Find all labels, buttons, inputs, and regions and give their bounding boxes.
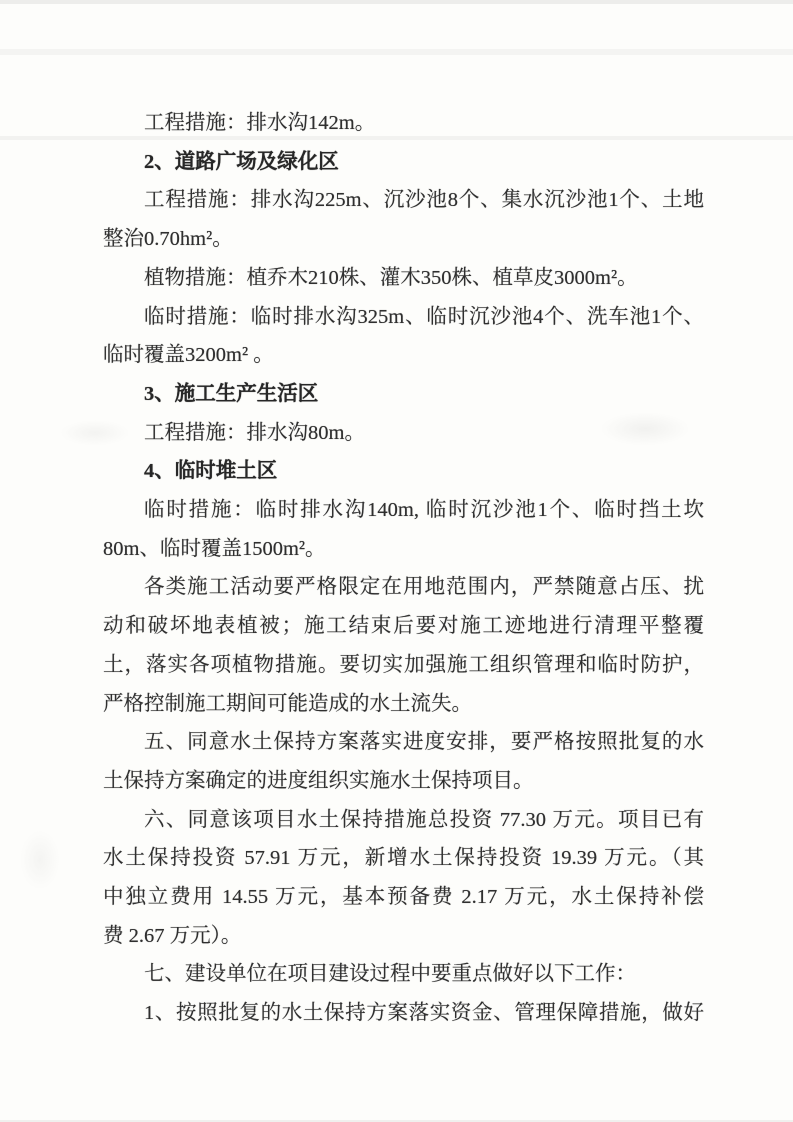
document-line: 水土保持投资 57.91 万元，新增水土保持投资 19.39 万元。（其 (103, 839, 704, 878)
section-heading: 2、道路广场及绿化区 (103, 143, 704, 182)
document-page: 工程措施：排水沟142m。 2、道路广场及绿化区 工程措施：排水沟225m、沉沙… (0, 0, 793, 1122)
document-line: 中独立费用 14.55 万元，基本预备费 2.17 万元，水土保持补偿 (103, 878, 704, 917)
document-line: 严格控制施工期间可能造成的水土流失。 (103, 685, 704, 724)
document-line: 动和破坏地表植被；施工结束后要对施工迹地进行清理平整覆 (103, 607, 704, 646)
document-line: 费 2.67 万元）。 (103, 917, 704, 956)
document-line: 六、同意该项目水土保持措施总投资 77.30 万元。项目已有 (103, 801, 704, 840)
document-line: 植物措施：植乔木210株、灌木350株、植草皮3000m²。 (103, 259, 704, 298)
document-line: 临时覆盖3200m² 。 (103, 336, 704, 375)
section-heading: 3、施工生产生活区 (103, 375, 704, 414)
scan-artifact-top-band (0, 0, 793, 4)
section-heading: 4、临时堆土区 (103, 452, 704, 491)
document-line: 1、按照批复的水土保持方案落实资金、管理保障措施，做好 (103, 994, 704, 1033)
document-line: 各类施工活动要严格限定在用地范围内，严禁随意占压、扰 (103, 568, 704, 607)
document-line: 整治0.70hm²。 (103, 220, 704, 259)
document-line: 土保持方案确定的进度组织实施水土保持项目。 (103, 762, 704, 801)
scan-smudge (20, 830, 60, 890)
scan-artifact-band (0, 49, 793, 55)
document-line: 工程措施：排水沟142m。 (103, 104, 704, 143)
document-line: 80m、临时覆盖1500m²。 (103, 530, 704, 569)
document-line: 临时措施：临时排水沟140m, 临时沉沙池1个、临时挡土坎 (103, 491, 704, 530)
document-line: 临时措施：临时排水沟325m、临时沉沙池4个、洗车池1个、 (103, 298, 704, 337)
document-line: 五、同意水土保持方案落实进度安排，要严格按照批复的水 (103, 723, 704, 762)
document-line: 七、建设单位在项目建设过程中要重点做好以下工作： (103, 955, 704, 994)
document-line: 工程措施：排水沟80m。 (103, 414, 704, 453)
document-text-block: 工程措施：排水沟142m。 2、道路广场及绿化区 工程措施：排水沟225m、沉沙… (103, 104, 704, 1033)
document-line: 土，落实各项植物措施。要切实加强施工组织管理和临时防护， (103, 646, 704, 685)
document-line: 工程措施：排水沟225m、沉沙池8个、集水沉沙池1个、土地 (103, 181, 704, 220)
